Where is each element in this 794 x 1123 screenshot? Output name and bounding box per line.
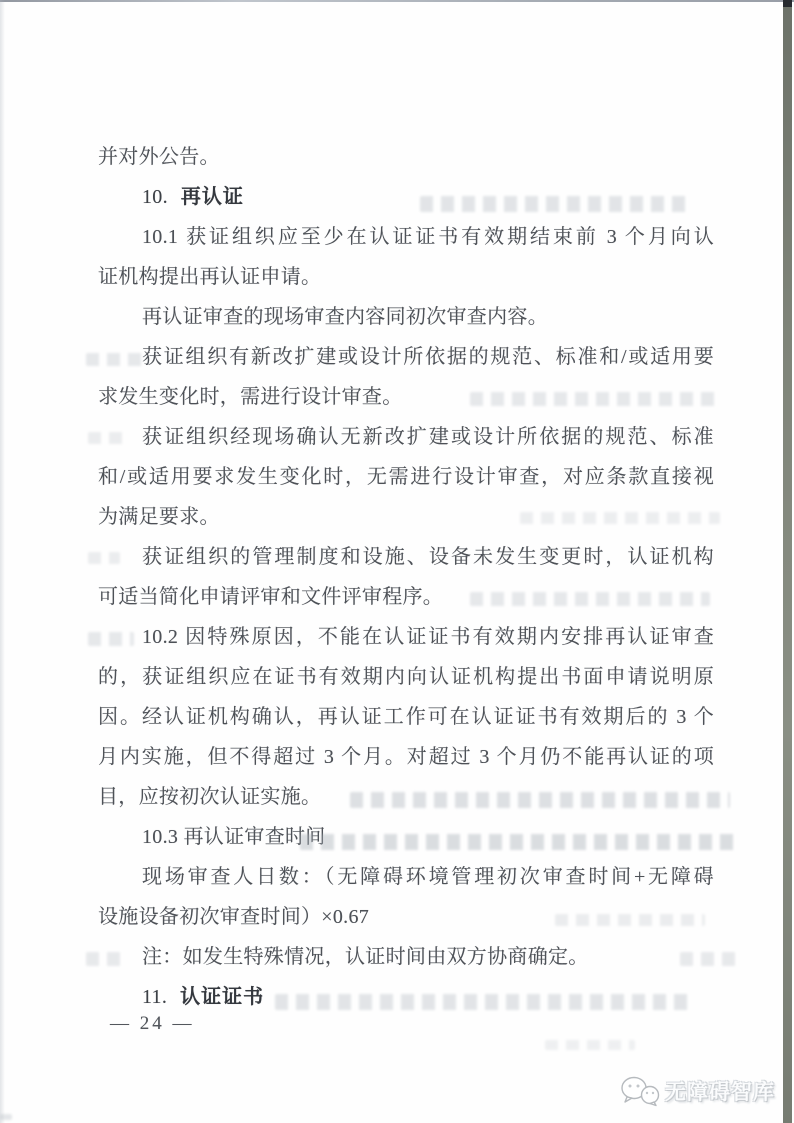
scan-right-edge <box>783 0 792 1123</box>
section-heading: 10.再认证 <box>98 177 714 217</box>
text-line: 设施设备初次审查时间）×0.67 <box>98 897 714 937</box>
text-line: 的，获证组织应在证书有效期内向认证机构提出书面申请说明原 <box>98 657 714 697</box>
heading-number: 11. <box>142 986 167 1008</box>
watermark: 无障碍智库 <box>620 1072 775 1110</box>
text-line: 月内实施，但不得超过 3 个月。对超过 3 个月仍不能再认证的项 <box>98 737 714 777</box>
text-line: 并对外公告。 <box>98 137 714 177</box>
heading-title: 认证证书 <box>180 986 264 1008</box>
text-line: 可适当简化申请评审和文件评审程序。 <box>98 577 714 617</box>
bleedthrough-artifact <box>545 1040 635 1050</box>
text-line: 现场审查人日数：（无障碍环境管理初次审查时间+无障碍 <box>98 857 714 897</box>
heading-title: 再认证 <box>181 186 244 208</box>
scan-top-edge <box>0 0 794 2</box>
heading-number: 10. <box>142 186 168 208</box>
text-line: 10.2 因特殊原因，不能在认证证书有效期内安排再认证审查 <box>98 617 714 657</box>
text-line: 因。经认证机构确认，再认证工作可在认证证书有效期后的 3 个 <box>98 697 714 737</box>
text-block: 并对外公告。10.再认证10.1 获证组织应至少在认证证书有效期结束前 3 个月… <box>98 137 714 1017</box>
text-line: 证机构提出再认证申请。 <box>98 257 714 297</box>
text-line: 获证组织的管理制度和设施、设备未发生变更时，认证机构 <box>98 537 714 577</box>
text-line: 注：如发生特殊情况，认证时间由双方协商确定。 <box>98 937 714 977</box>
text-line: 为满足要求。 <box>98 497 714 537</box>
text-line: 再认证审查的现场审查内容同初次审查内容。 <box>98 297 714 337</box>
text-line: 10.1 获证组织应至少在认证证书有效期结束前 3 个月向认 <box>98 217 714 257</box>
text-line: 和/或适用要求发生变化时，无需进行设计审查，对应条款直接视 <box>98 457 714 497</box>
watermark-label: 无障碍智库 <box>665 1076 775 1106</box>
text-line: 10.3 再认证审查时间 <box>98 817 714 857</box>
scan-left-edge <box>0 0 5 1123</box>
text-line: 获证组织有新改扩建或设计所依据的规范、标准和/或适用要 <box>98 337 714 377</box>
scanned-document-page: 并对外公告。10.再认证10.1 获证组织应至少在认证证书有效期结束前 3 个月… <box>0 0 794 1123</box>
text-line: 获证组织经现场确认无新改扩建或设计所依据的规范、标准 <box>98 417 714 457</box>
page-number: — 24 — <box>110 1006 195 1042</box>
text-line: 目，应按初次认证实施。 <box>98 777 714 817</box>
chat-bubbles-icon <box>620 1075 660 1107</box>
text-line: 求发生变化时，需进行设计审查。 <box>98 377 714 417</box>
